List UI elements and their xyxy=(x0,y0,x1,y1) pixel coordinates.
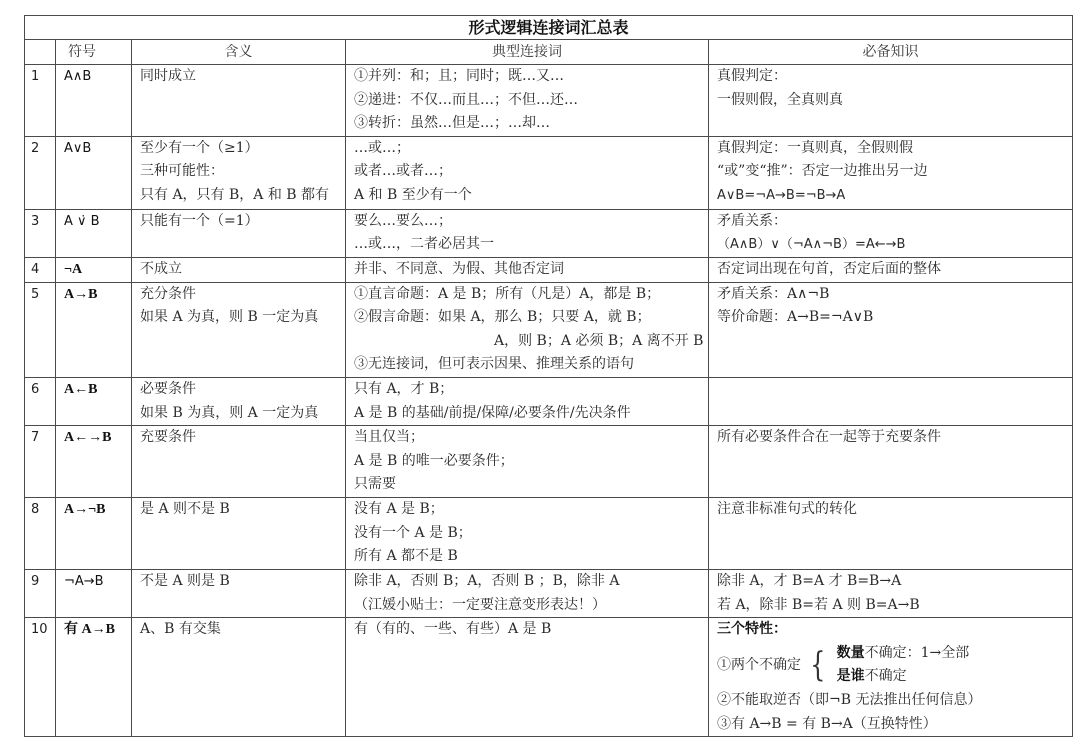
meaning-line: 必要条件 xyxy=(140,378,345,402)
left-brace-icon: { xyxy=(810,645,825,685)
connective-line: …或…； xyxy=(354,137,708,161)
meaning-line: 同时成立 xyxy=(140,65,345,89)
connective-line: A 是 B 的基础/前提/保障/必要条件/先决条件 xyxy=(354,402,708,426)
knowledge-formula: A∨B=¬A→B=¬B→A xyxy=(717,184,1072,208)
row-number: 6 xyxy=(25,377,56,425)
connective-line: ③无连接词，但可表示因果、推理关系的语句 xyxy=(354,353,708,377)
connective-line: ②递进：不仅…而且…；不但…还… xyxy=(354,89,708,113)
row-symbol: A→¬B xyxy=(56,498,132,570)
connective-line: 除非 A，否则 B；A，否则 B ；B，除非 A xyxy=(354,570,708,594)
connective-line: 有（有的、一些、有些）A 是 B xyxy=(354,618,708,642)
meaning-line: A、B 有交集 xyxy=(140,618,345,642)
table-row: 7 A←→B 充要条件 当且仅当； A 是 B 的唯一必要条件； 只需要 所有必… xyxy=(25,426,1073,498)
knowledge-line: 所有必要条件合在一起等于充要条件 xyxy=(717,426,1072,450)
knowledge-line: “或”变“推”：否定一边推出另一边 xyxy=(717,160,1072,184)
row-symbol: A←B xyxy=(56,377,132,425)
row-meaning: 不成立 xyxy=(132,257,346,282)
table-row: 9 ¬A→B 不是 A 则是 B 除非 A，否则 B；A，否则 B ；B，除非 … xyxy=(25,570,1073,618)
row-connectives: 有（有的、一些、有些）A 是 B xyxy=(346,618,709,737)
brace-item-bold: 是谁 xyxy=(837,668,865,684)
knowledge-line: 真假判定：一真则真，全假则假 xyxy=(717,137,1072,161)
row-symbol: A∨B xyxy=(56,136,132,209)
meaning-line: 是 A 则不是 B xyxy=(140,498,345,522)
row-symbol: A∧B xyxy=(56,65,132,137)
connective-line: ③转折：虽然…但是…；…却… xyxy=(354,112,708,136)
connective-line: 没有 A 是 B； xyxy=(354,498,708,522)
knowledge-line: 若 A，除非 B=若 A 则 B=A→B xyxy=(717,594,1072,618)
knowledge-line: 一假则假，全真则真 xyxy=(717,89,1072,113)
connective-line: ②假言命题：如果 A，那么 B；只要 A，就 B； xyxy=(354,306,708,330)
knowledge-line: ③有 A→B = 有 B→A（互换特性） xyxy=(717,713,1072,737)
row-meaning: 必要条件 如果 B 为真，则 A 一定为真 xyxy=(132,377,346,425)
row-knowledge: 除非 A，才 B=A 才 B=B→A 若 A，除非 B=若 A 则 B=A→B xyxy=(709,570,1073,618)
connective-line: 当且仅当； xyxy=(354,426,708,450)
knowledge-line: 矛盾关系： xyxy=(717,210,1072,234)
knowledge-line: 否定词出现在句首，否定后面的整体 xyxy=(717,258,1072,282)
connective-line: A 是 B 的唯一必要条件； xyxy=(354,450,708,474)
table-row: 1 A∧B 同时成立 ①并列：和；且；同时；既…又… ②递进：不仅…而且…；不但… xyxy=(25,65,1073,137)
brace-item-rest: 不确定 xyxy=(865,668,907,684)
brace-group: ①两个不确定 { 数量不确定：1→全部 是谁不确定 xyxy=(717,642,1072,689)
table-title-row: 形式逻辑连接词汇总表 xyxy=(25,16,1073,40)
meaning-line: 只能有一个（=1） xyxy=(140,210,345,234)
brace-item-rest: 不确定：1→全部 xyxy=(865,645,970,661)
table-row: 5 A→B 充分条件 如果 A 为真，则 B 一定为真 ①直言命题：A 是 B；… xyxy=(25,282,1073,377)
connective-line: 所有 A 都不是 B xyxy=(354,545,708,569)
row-number: 9 xyxy=(25,570,56,618)
row-knowledge: 三个特性： ①两个不确定 { 数量不确定：1→全部 是谁不确定 ②不能取逆否（即… xyxy=(709,618,1073,737)
row-knowledge: 真假判定：一真则真，全假则假 “或”变“推”：否定一边推出另一边 A∨B=¬A→… xyxy=(709,136,1073,209)
connective-line: 要么…要么…； xyxy=(354,210,708,234)
row-number: 7 xyxy=(25,426,56,498)
table-row: 6 A←B 必要条件 如果 B 为真，则 A 一定为真 只有 A，才 B； A … xyxy=(25,377,1073,425)
row-meaning: 是 A 则不是 B xyxy=(132,498,346,570)
row-meaning: 同时成立 xyxy=(132,65,346,137)
header-knowledge: 必备知识 xyxy=(709,40,1073,65)
knowledge-formula: （A∧B）∨（¬A∧¬B）=A←→B xyxy=(717,233,1072,257)
row-connectives: ①并列：和；且；同时；既…又… ②递进：不仅…而且…；不但…还… ③转折：虽然…… xyxy=(346,65,709,137)
meaning-line: 至少有一个（≥1） xyxy=(140,137,345,161)
table-row: 4 ¬A 不成立 并非、不同意、为假、其他否定词 否定词出现在句首，否定后面的整… xyxy=(25,257,1073,282)
brace-items: 数量不确定：1→全部 是谁不确定 xyxy=(837,642,970,689)
knowledge-line: ②不能取逆否（即¬B 无法推出任何信息） xyxy=(717,689,1072,713)
row-meaning: 只能有一个（=1） xyxy=(132,209,346,257)
row-number: 10 xyxy=(25,618,56,737)
knowledge-line: 等价命题：A→B=¬A∨B xyxy=(717,306,1072,330)
meaning-line: 不成立 xyxy=(140,258,345,282)
knowledge-heading: 三个特性： xyxy=(717,618,1072,642)
header-connectives: 典型连接词 xyxy=(346,40,709,65)
row-meaning: 充分条件 如果 A 为真，则 B 一定为真 xyxy=(132,282,346,377)
logic-connectives-summary-table: 形式逻辑连接词汇总表 符号 含义 典型连接词 必备知识 1 A∧B 同时成立 ①… xyxy=(24,15,1073,737)
row-symbol: A←→B xyxy=(56,426,132,498)
connective-line: 只有 A，才 B； xyxy=(354,378,708,402)
table-row: 2 A∨B 至少有一个（≥1） 三种可能性： 只有 A，只有 B，A 和 B 都… xyxy=(25,136,1073,209)
row-connectives: 要么…要么…； …或…，二者必居其一 xyxy=(346,209,709,257)
knowledge-line: 注意非标准句式的转化 xyxy=(717,498,1072,522)
row-knowledge: 矛盾关系： （A∧B）∨（¬A∧¬B）=A←→B xyxy=(709,209,1073,257)
connective-line: 或者…或者…； xyxy=(354,160,708,184)
row-knowledge: 矛盾关系：A∧¬B 等价命题：A→B=¬A∨B xyxy=(709,282,1073,377)
connective-line: A 和 B 至少有一个 xyxy=(354,184,708,208)
connective-line: 并非、不同意、为假、其他否定词 xyxy=(354,258,708,282)
table-row: 3 A ∨̇ B 只能有一个（=1） 要么…要么…； …或…，二者必居其一 矛盾… xyxy=(25,209,1073,257)
row-connectives: ①直言命题：A 是 B；所有（凡是）A，都是 B； ②假言命题：如果 A，那么 … xyxy=(346,282,709,377)
meaning-line: 三种可能性： xyxy=(140,160,345,184)
row-knowledge: 所有必要条件合在一起等于充要条件 xyxy=(709,426,1073,498)
connective-line: ①并列：和；且；同时；既…又… xyxy=(354,65,708,89)
row-connectives: …或…； 或者…或者…； A 和 B 至少有一个 xyxy=(346,136,709,209)
header-symbol: 符号 xyxy=(56,40,132,65)
knowledge-line: 真假判定： xyxy=(717,65,1072,89)
meaning-line: 充要条件 xyxy=(140,426,345,450)
row-number: 1 xyxy=(25,65,56,137)
meaning-line: 不是 A 则是 B xyxy=(140,570,345,594)
row-connectives: 没有 A 是 B； 没有一个 A 是 B； 所有 A 都不是 B xyxy=(346,498,709,570)
row-number: 2 xyxy=(25,136,56,209)
meaning-line: 充分条件 xyxy=(140,283,345,307)
header-num xyxy=(25,40,56,65)
row-connectives: 当且仅当； A 是 B 的唯一必要条件； 只需要 xyxy=(346,426,709,498)
brace-item: 是谁不确定 xyxy=(837,665,970,689)
row-number: 3 xyxy=(25,209,56,257)
row-symbol: A ∨̇ B xyxy=(56,209,132,257)
row-number: 4 xyxy=(25,257,56,282)
connective-line: …或…，二者必居其一 xyxy=(354,233,708,257)
brace-item-bold: 数量 xyxy=(837,645,865,661)
row-meaning: 至少有一个（≥1） 三种可能性： 只有 A，只有 B，A 和 B 都有 xyxy=(132,136,346,209)
table-row: 8 A→¬B 是 A 则不是 B 没有 A 是 B； 没有一个 A 是 B； 所… xyxy=(25,498,1073,570)
knowledge-line: 除非 A，才 B=A 才 B=B→A xyxy=(717,570,1072,594)
table-header-row: 符号 含义 典型连接词 必备知识 xyxy=(25,40,1073,65)
table-row: 10 有 A→B A、B 有交集 有（有的、一些、有些）A 是 B 三个特性： … xyxy=(25,618,1073,737)
connective-line: 只需要 xyxy=(354,473,708,497)
row-meaning: 充要条件 xyxy=(132,426,346,498)
row-knowledge: 真假判定： 一假则假，全真则真 xyxy=(709,65,1073,137)
row-meaning: 不是 A 则是 B xyxy=(132,570,346,618)
connective-line: ①直言命题：A 是 B；所有（凡是）A，都是 B； xyxy=(354,283,708,307)
row-knowledge: 注意非标准句式的转化 xyxy=(709,498,1073,570)
row-symbol: ¬A→B xyxy=(56,570,132,618)
meaning-line: 如果 A 为真，则 B 一定为真 xyxy=(140,306,345,330)
meaning-line: 如果 B 为真，则 A 一定为真 xyxy=(140,402,345,426)
row-symbol: 有 A→B xyxy=(56,618,132,737)
knowledge-line: 矛盾关系：A∧¬B xyxy=(717,283,1072,307)
row-connectives: 只有 A，才 B； A 是 B 的基础/前提/保障/必要条件/先决条件 xyxy=(346,377,709,425)
brace-item: 数量不确定：1→全部 xyxy=(837,642,970,666)
brace-label: ①两个不确定 xyxy=(717,654,801,678)
row-symbol: ¬A xyxy=(56,257,132,282)
connective-line: 没有一个 A 是 B； xyxy=(354,522,708,546)
connective-line: A，则 B；A 必须 B；A 离不开 B xyxy=(354,330,708,354)
table-title: 形式逻辑连接词汇总表 xyxy=(25,16,1073,40)
row-connectives: 并非、不同意、为假、其他否定词 xyxy=(346,257,709,282)
header-meaning: 含义 xyxy=(132,40,346,65)
row-meaning: A、B 有交集 xyxy=(132,618,346,737)
row-symbol: A→B xyxy=(56,282,132,377)
tip-line: （江媛小贴士：一定要注意变形表达！） xyxy=(354,594,708,618)
meaning-line: 只有 A，只有 B，A 和 B 都有 xyxy=(140,184,345,208)
row-number: 8 xyxy=(25,498,56,570)
row-knowledge: 否定词出现在句首，否定后面的整体 xyxy=(709,257,1073,282)
row-number: 5 xyxy=(25,282,56,377)
row-connectives: 除非 A，否则 B；A，否则 B ；B，除非 A （江媛小贴士：一定要注意变形表… xyxy=(346,570,709,618)
row-knowledge xyxy=(709,377,1073,425)
